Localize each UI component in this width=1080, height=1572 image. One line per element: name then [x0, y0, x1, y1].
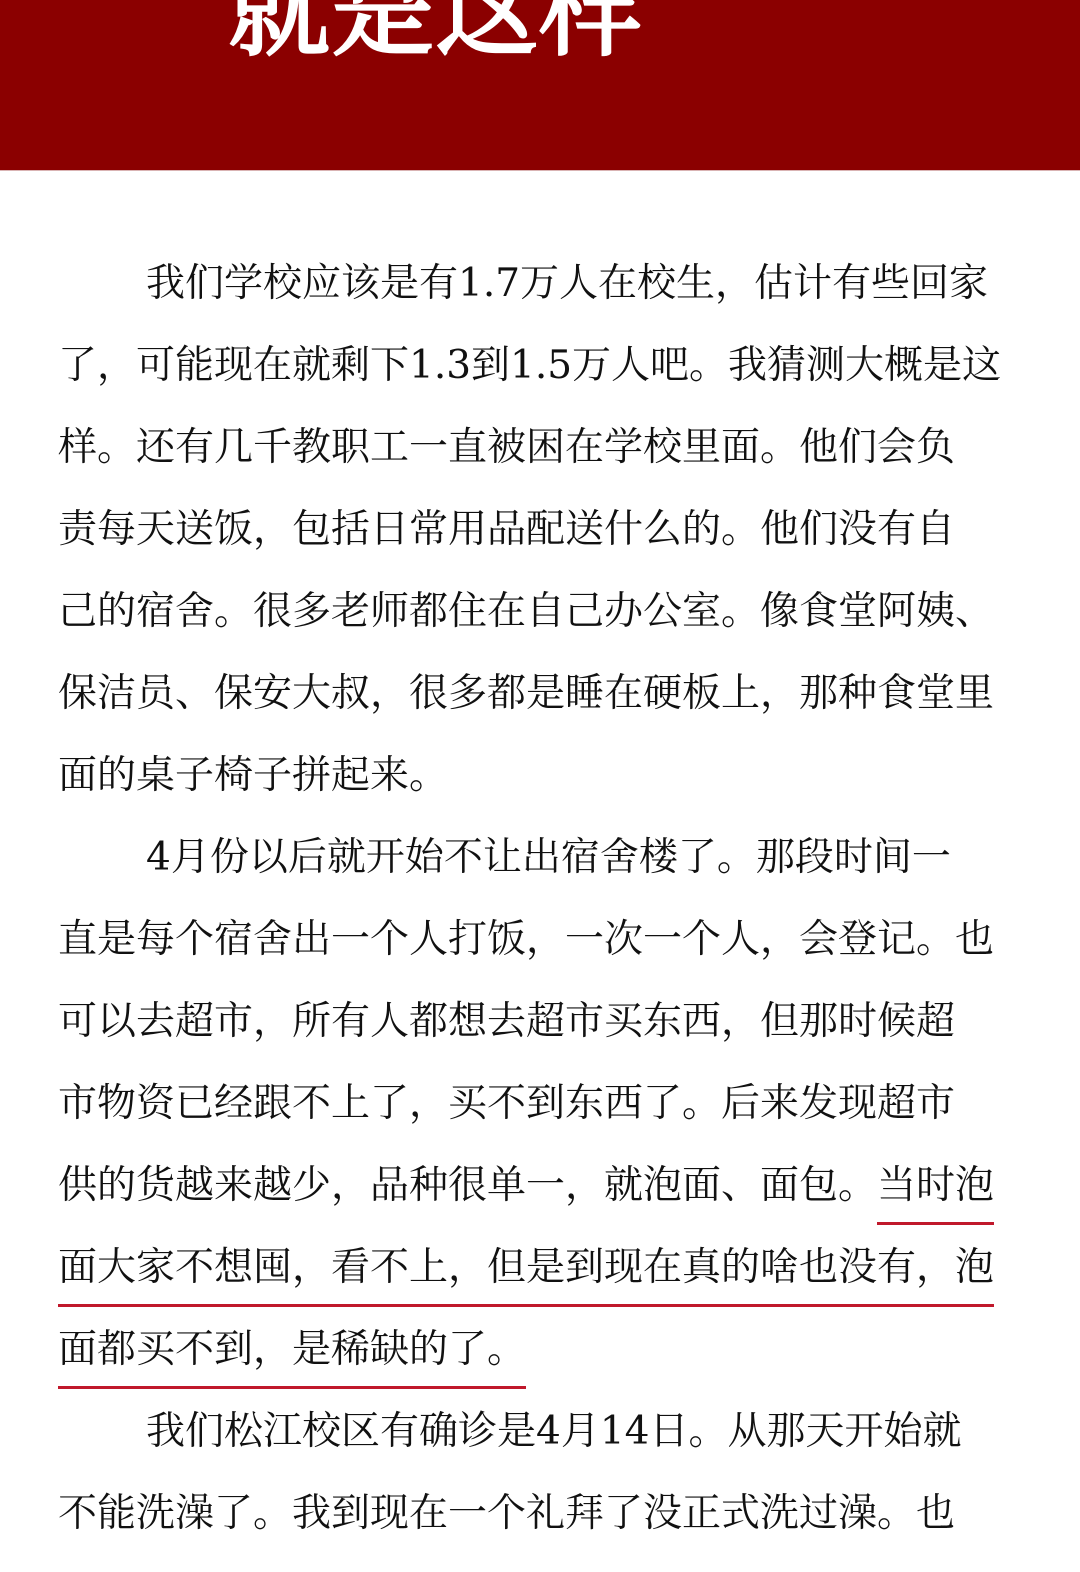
- text-line: 面都买不到，是稀缺的了。: [58, 1318, 1020, 1400]
- article-body: 我们学校应该是有1.7万人在校生，估计有些回家 了，可能现在就剩下1.3到1.5…: [58, 252, 1020, 1564]
- text-line: 4月份以后就开始不让出宿舍楼了。那段时间一: [58, 826, 1020, 908]
- underlined-highlight: 面都买不到，是稀缺的了。: [58, 1318, 526, 1389]
- page-title: 就是这样: [228, 0, 644, 62]
- paragraph-1: 我们学校应该是有1.7万人在校生，估计有些回家 了，可能现在就剩下1.3到1.5…: [58, 252, 1020, 826]
- text-line: 我们松江校区有确诊是4月14日。从那天开始就: [58, 1400, 1020, 1482]
- text-line: 己的宿舍。很多老师都住在自己办公室。像食堂阿姨、: [58, 580, 1020, 662]
- text-line: 责每天送饭，包括日常用品配送什么的。他们没有自: [58, 498, 1020, 580]
- text-line: 不能洗澡了。我到现在一个礼拜了没正式洗过澡。也: [58, 1482, 1020, 1564]
- paragraph-2: 4月份以后就开始不让出宿舍楼了。那段时间一 直是每个宿舍出一个人打饭，一次一个人…: [58, 826, 1020, 1400]
- text-line: 我们学校应该是有1.7万人在校生，估计有些回家: [58, 252, 1020, 334]
- header-banner: 就是这样: [0, 0, 1080, 171]
- text-line: 面大家不想囤，看不上，但是到现在真的啥也没有，泡: [58, 1236, 1020, 1318]
- text-line: 供的货越来越少，品种很单一，就泡面、面包。当时泡: [58, 1154, 1020, 1236]
- underlined-highlight: 面大家不想囤，看不上，但是到现在真的啥也没有，泡: [58, 1236, 994, 1307]
- text-line: 保洁员、保安大叔，很多都是睡在硬板上，那种食堂里: [58, 662, 1020, 744]
- text-line: 市物资已经跟不上了，买不到东西了。后来发现超市: [58, 1072, 1020, 1154]
- text-line: 样。还有几千教职工一直被困在学校里面。他们会负: [58, 416, 1020, 498]
- text-segment: 供的货越来越少，品种很单一，就泡面、面包。: [58, 1154, 877, 1218]
- paragraph-3: 我们松江校区有确诊是4月14日。从那天开始就 不能洗澡了。我到现在一个礼拜了没正…: [58, 1400, 1020, 1564]
- underlined-highlight: 当时泡: [877, 1154, 994, 1225]
- text-line: 了，可能现在就剩下1.3到1.5万人吧。我猜测大概是这: [58, 334, 1020, 416]
- text-line: 可以去超市，所有人都想去超市买东西，但那时候超: [58, 990, 1020, 1072]
- text-line: 直是每个宿舍出一个人打饭，一次一个人，会登记。也: [58, 908, 1020, 990]
- text-line: 面的桌子椅子拼起来。: [58, 744, 1020, 826]
